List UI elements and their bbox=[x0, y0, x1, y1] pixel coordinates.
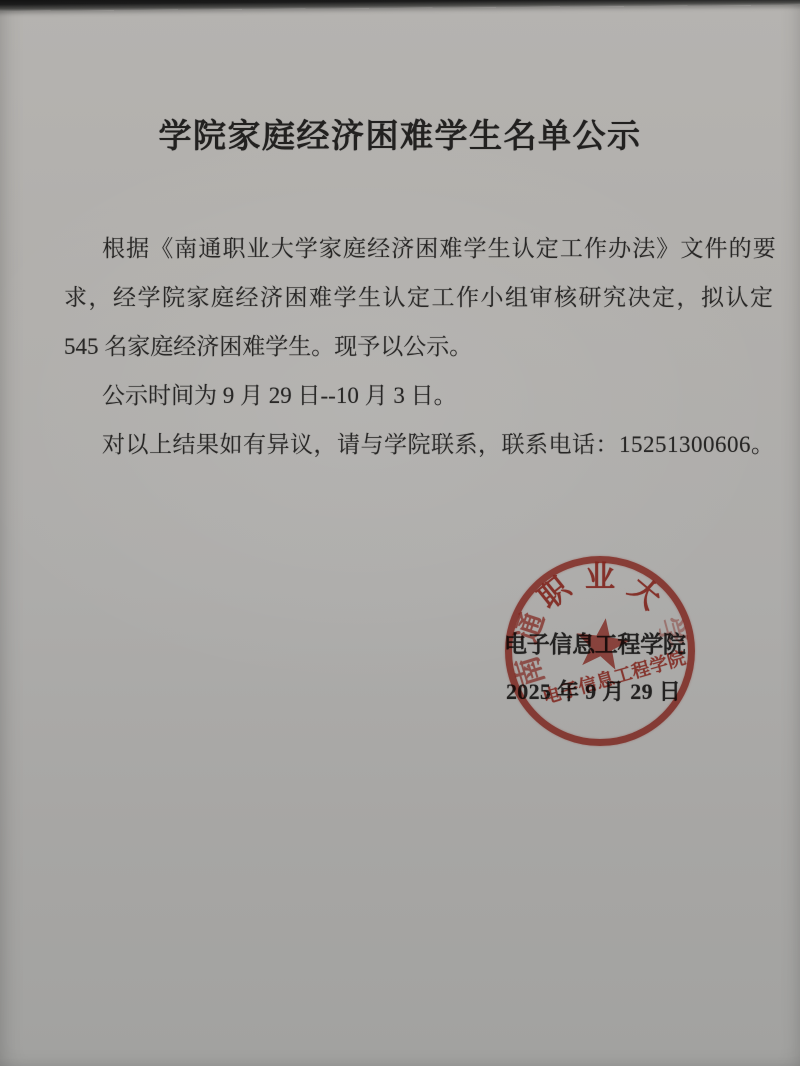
body-line-1: 根据《南通职业大学家庭经济困难学生认定工作办法》文件的要 bbox=[64, 224, 758, 273]
photo-top-edge bbox=[0, 0, 800, 11]
seal-arc-char-4: 业 bbox=[585, 563, 615, 593]
seal-arc-char-5: 大 bbox=[623, 573, 665, 615]
document-body: 根据《南通职业大学家庭经济困难学生认定工作办法》文件的要 求，经学院家庭经济困难… bbox=[64, 224, 758, 469]
body-line-5: 对以上结果如有异议，请与学院联系，联系电话：15251300606。 bbox=[64, 420, 758, 469]
document-photo: 学院家庭经济困难学生名单公示 根据《南通职业大学家庭经济困难学生认定工作办法》文… bbox=[0, 0, 800, 1066]
signature-date: 2025 年 9 月 29 日 bbox=[506, 675, 681, 706]
body-line-4: 公示时间为 9 月 29 日--10 月 3 日。 bbox=[64, 371, 758, 420]
seal-arc-char-3: 职 bbox=[534, 573, 576, 615]
body-line-3: 545 名家庭经济困难学生。现予以公示。 bbox=[64, 322, 758, 371]
body-line-2: 求，经学院家庭经济困难学生认定工作小组审核研究决定，拟认定 bbox=[64, 273, 758, 322]
page-title: 学院家庭经济困难学生名单公示 bbox=[0, 110, 800, 157]
signature-organization: 电子信息工程学院 bbox=[504, 626, 686, 659]
